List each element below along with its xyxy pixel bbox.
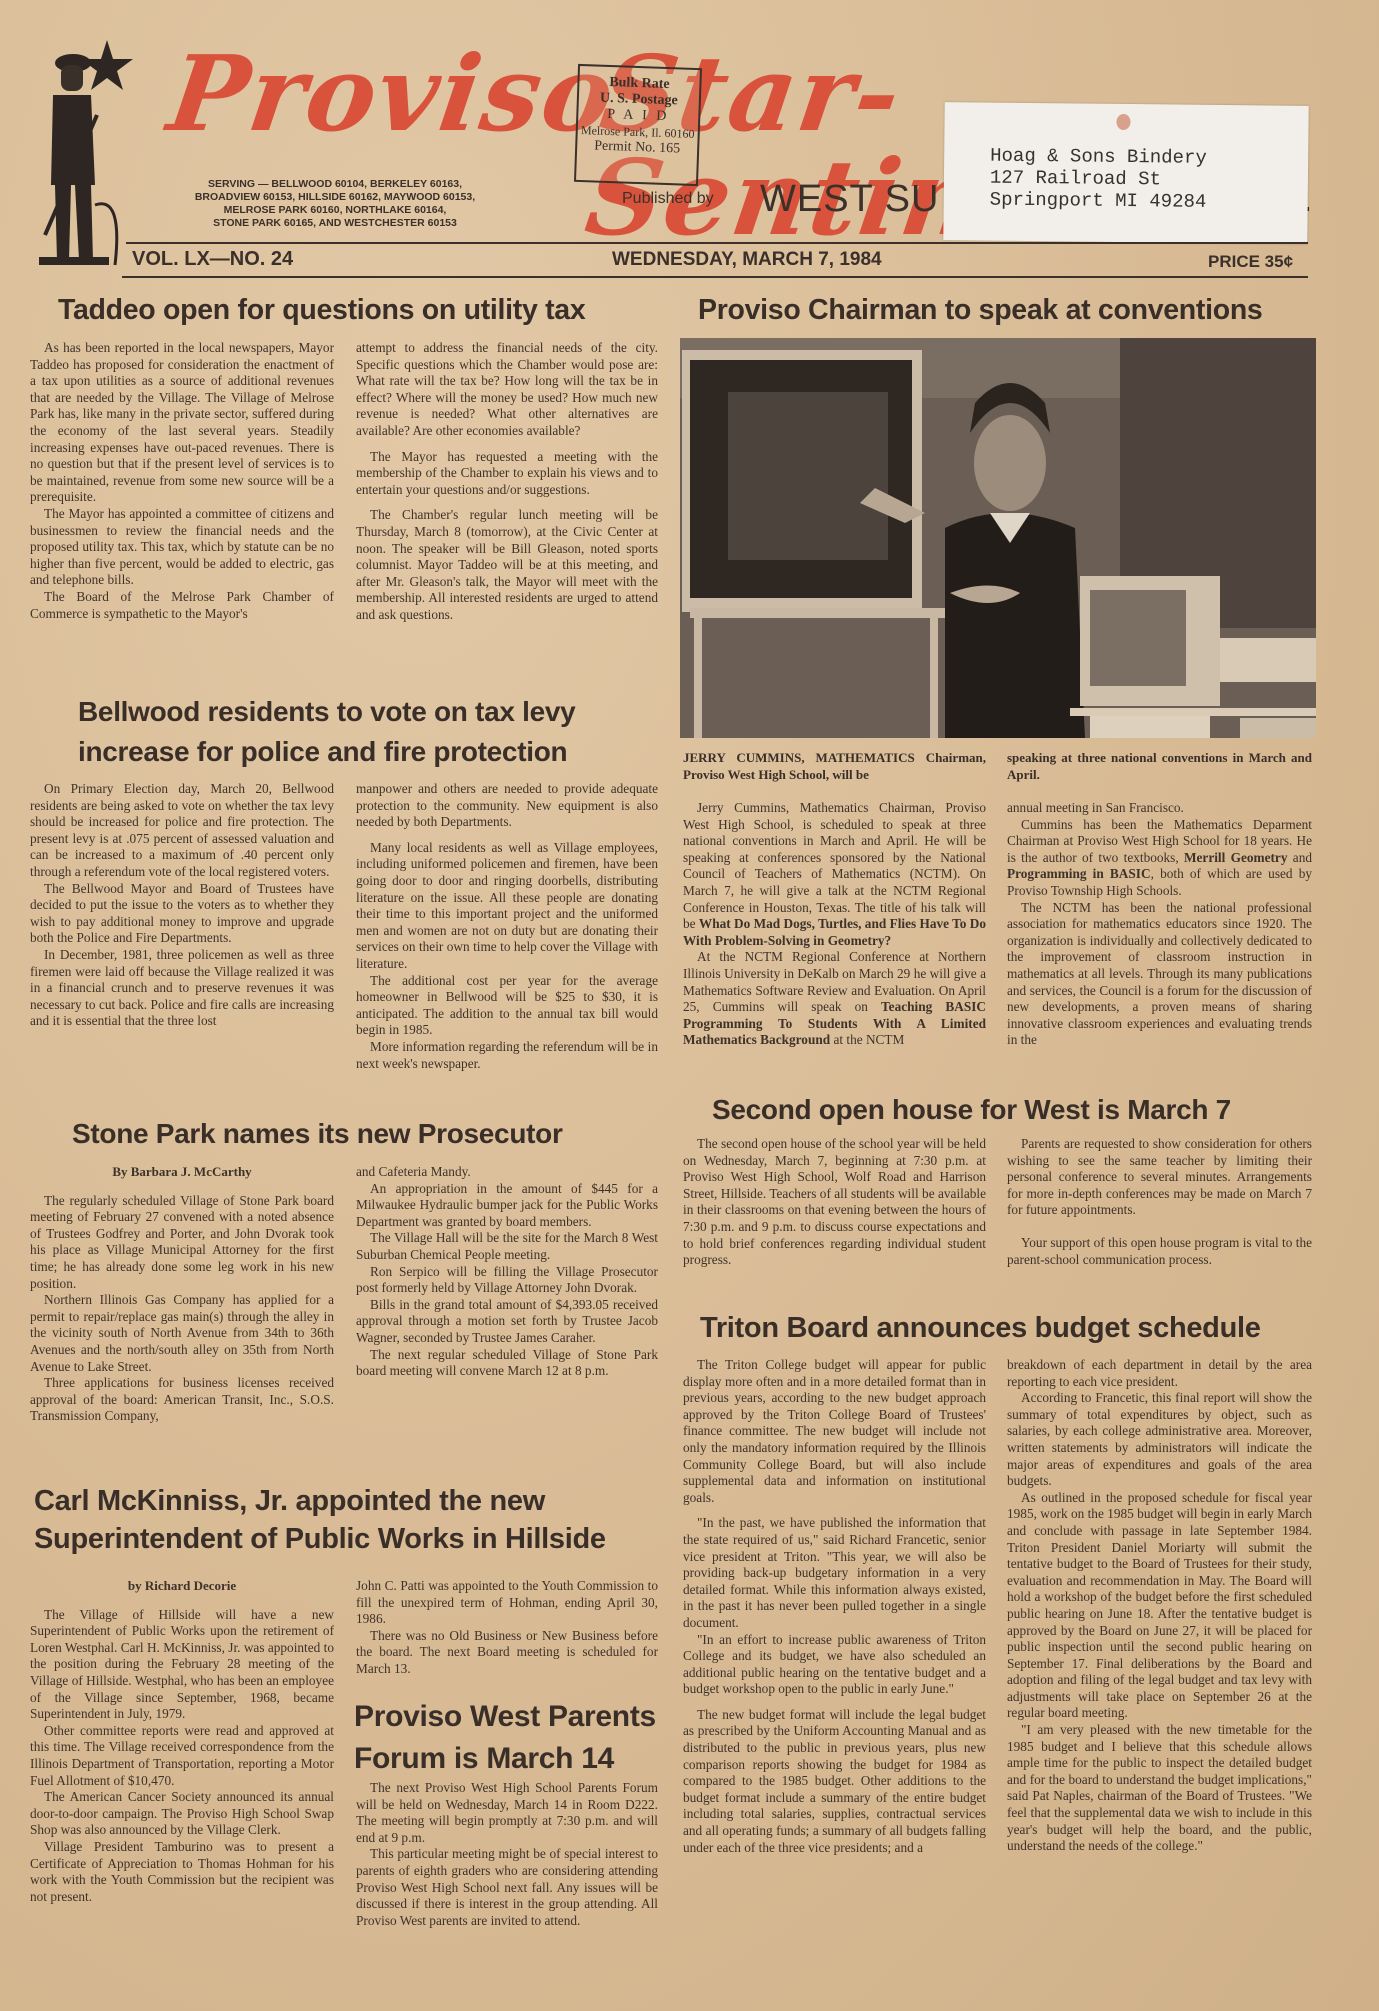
article-mckinniss-col1: by Richard Decorie The Village of Hillsi… xyxy=(30,1578,334,1905)
article-stone-park-col2: and Cafeteria Mandy. An appropriation in… xyxy=(356,1164,658,1380)
minuteman-with-star-icon xyxy=(25,35,135,275)
headline-bellwood: Bellwood residents to vote on tax levy i… xyxy=(78,692,575,772)
headline-taddeo: Taddeo open for questions on utility tax xyxy=(58,290,585,330)
masthead-rule-bottom xyxy=(122,276,1308,278)
article-open-house-col2: Parents are requested to show considerat… xyxy=(1007,1136,1312,1268)
mailing-label: Hoag & Sons Bindery 127 Railroad St Spri… xyxy=(943,102,1308,244)
article-triton-col1: The Triton College budget will appear fo… xyxy=(683,1357,986,1856)
newspaper-title-part1: Proviso xyxy=(163,42,622,146)
headline-triton: Triton Board announces budget schedule xyxy=(700,1308,1261,1348)
headline-stone-park: Stone Park names its new Prosecutor xyxy=(72,1114,563,1154)
article-taddeo-col2: attempt to address the financial needs o… xyxy=(356,340,658,624)
postage-stamp: Bulk Rate U. S. Postage P A I D Melrose … xyxy=(574,64,702,186)
article-chairman-col2: annual meeting in San Francisco. Cummins… xyxy=(1007,800,1312,1049)
headline-open-house: Second open house for West is March 7 xyxy=(712,1090,1231,1130)
headline-parents-forum: Proviso West Parents Forum is March 14 xyxy=(354,1696,656,1780)
article-stone-park-col1: By Barbara J. McCarthy The regularly sch… xyxy=(30,1164,334,1425)
label-punch-hole xyxy=(1116,114,1130,130)
serving-area-list: SERVING — BELLWOOD 60104, BERKELEY 60163… xyxy=(160,178,510,230)
byline: By Barbara J. McCarthy xyxy=(30,1164,334,1181)
article-mckinniss-col2: John C. Patti was appointed to the Youth… xyxy=(356,1578,658,1678)
issue-date: WEDNESDAY, MARCH 7, 1984 xyxy=(612,249,882,271)
byline: by Richard Decorie xyxy=(30,1578,334,1595)
published-by-label: Published by xyxy=(622,190,714,208)
article-chairman-col1: Jerry Cummins, Mathematics Chairman, Pro… xyxy=(683,800,986,1049)
headline-chairman: Proviso Chairman to speak at conventions xyxy=(698,290,1263,330)
article-parents-forum: The next Proviso West High School Parent… xyxy=(356,1780,658,1929)
article-bellwood-col1: On Primary Election day, March 20, Bellw… xyxy=(30,781,334,1030)
article-taddeo-col1: As has been reported in the local newspa… xyxy=(30,340,334,622)
masthead-rule-top xyxy=(126,242,1308,244)
price: PRICE 35¢ xyxy=(1208,252,1293,272)
article-bellwood-col2: manpower and others are needed to provid… xyxy=(356,781,658,1072)
article-open-house-col1: The second open house of the school year… xyxy=(683,1136,986,1269)
headline-mckinniss: Carl McKinniss, Jr. appointed the new Su… xyxy=(34,1482,606,1558)
photo-caption-col2: speaking at three national conventions i… xyxy=(1007,750,1312,783)
masthead: Proviso Star-Sentinel SERVING — BELLWOOD… xyxy=(0,0,1379,280)
photo-caption-col1: JERRY CUMMINS, MATHEMATICS Chairman, Pro… xyxy=(683,750,986,783)
article-triton-col2: breakdown of each department in detail b… xyxy=(1007,1357,1312,1855)
publisher-name: WEST SU xyxy=(760,178,939,221)
photo-jerry-cummins xyxy=(680,338,1316,738)
volume-number: VOL. LX—NO. 24 xyxy=(132,248,293,271)
